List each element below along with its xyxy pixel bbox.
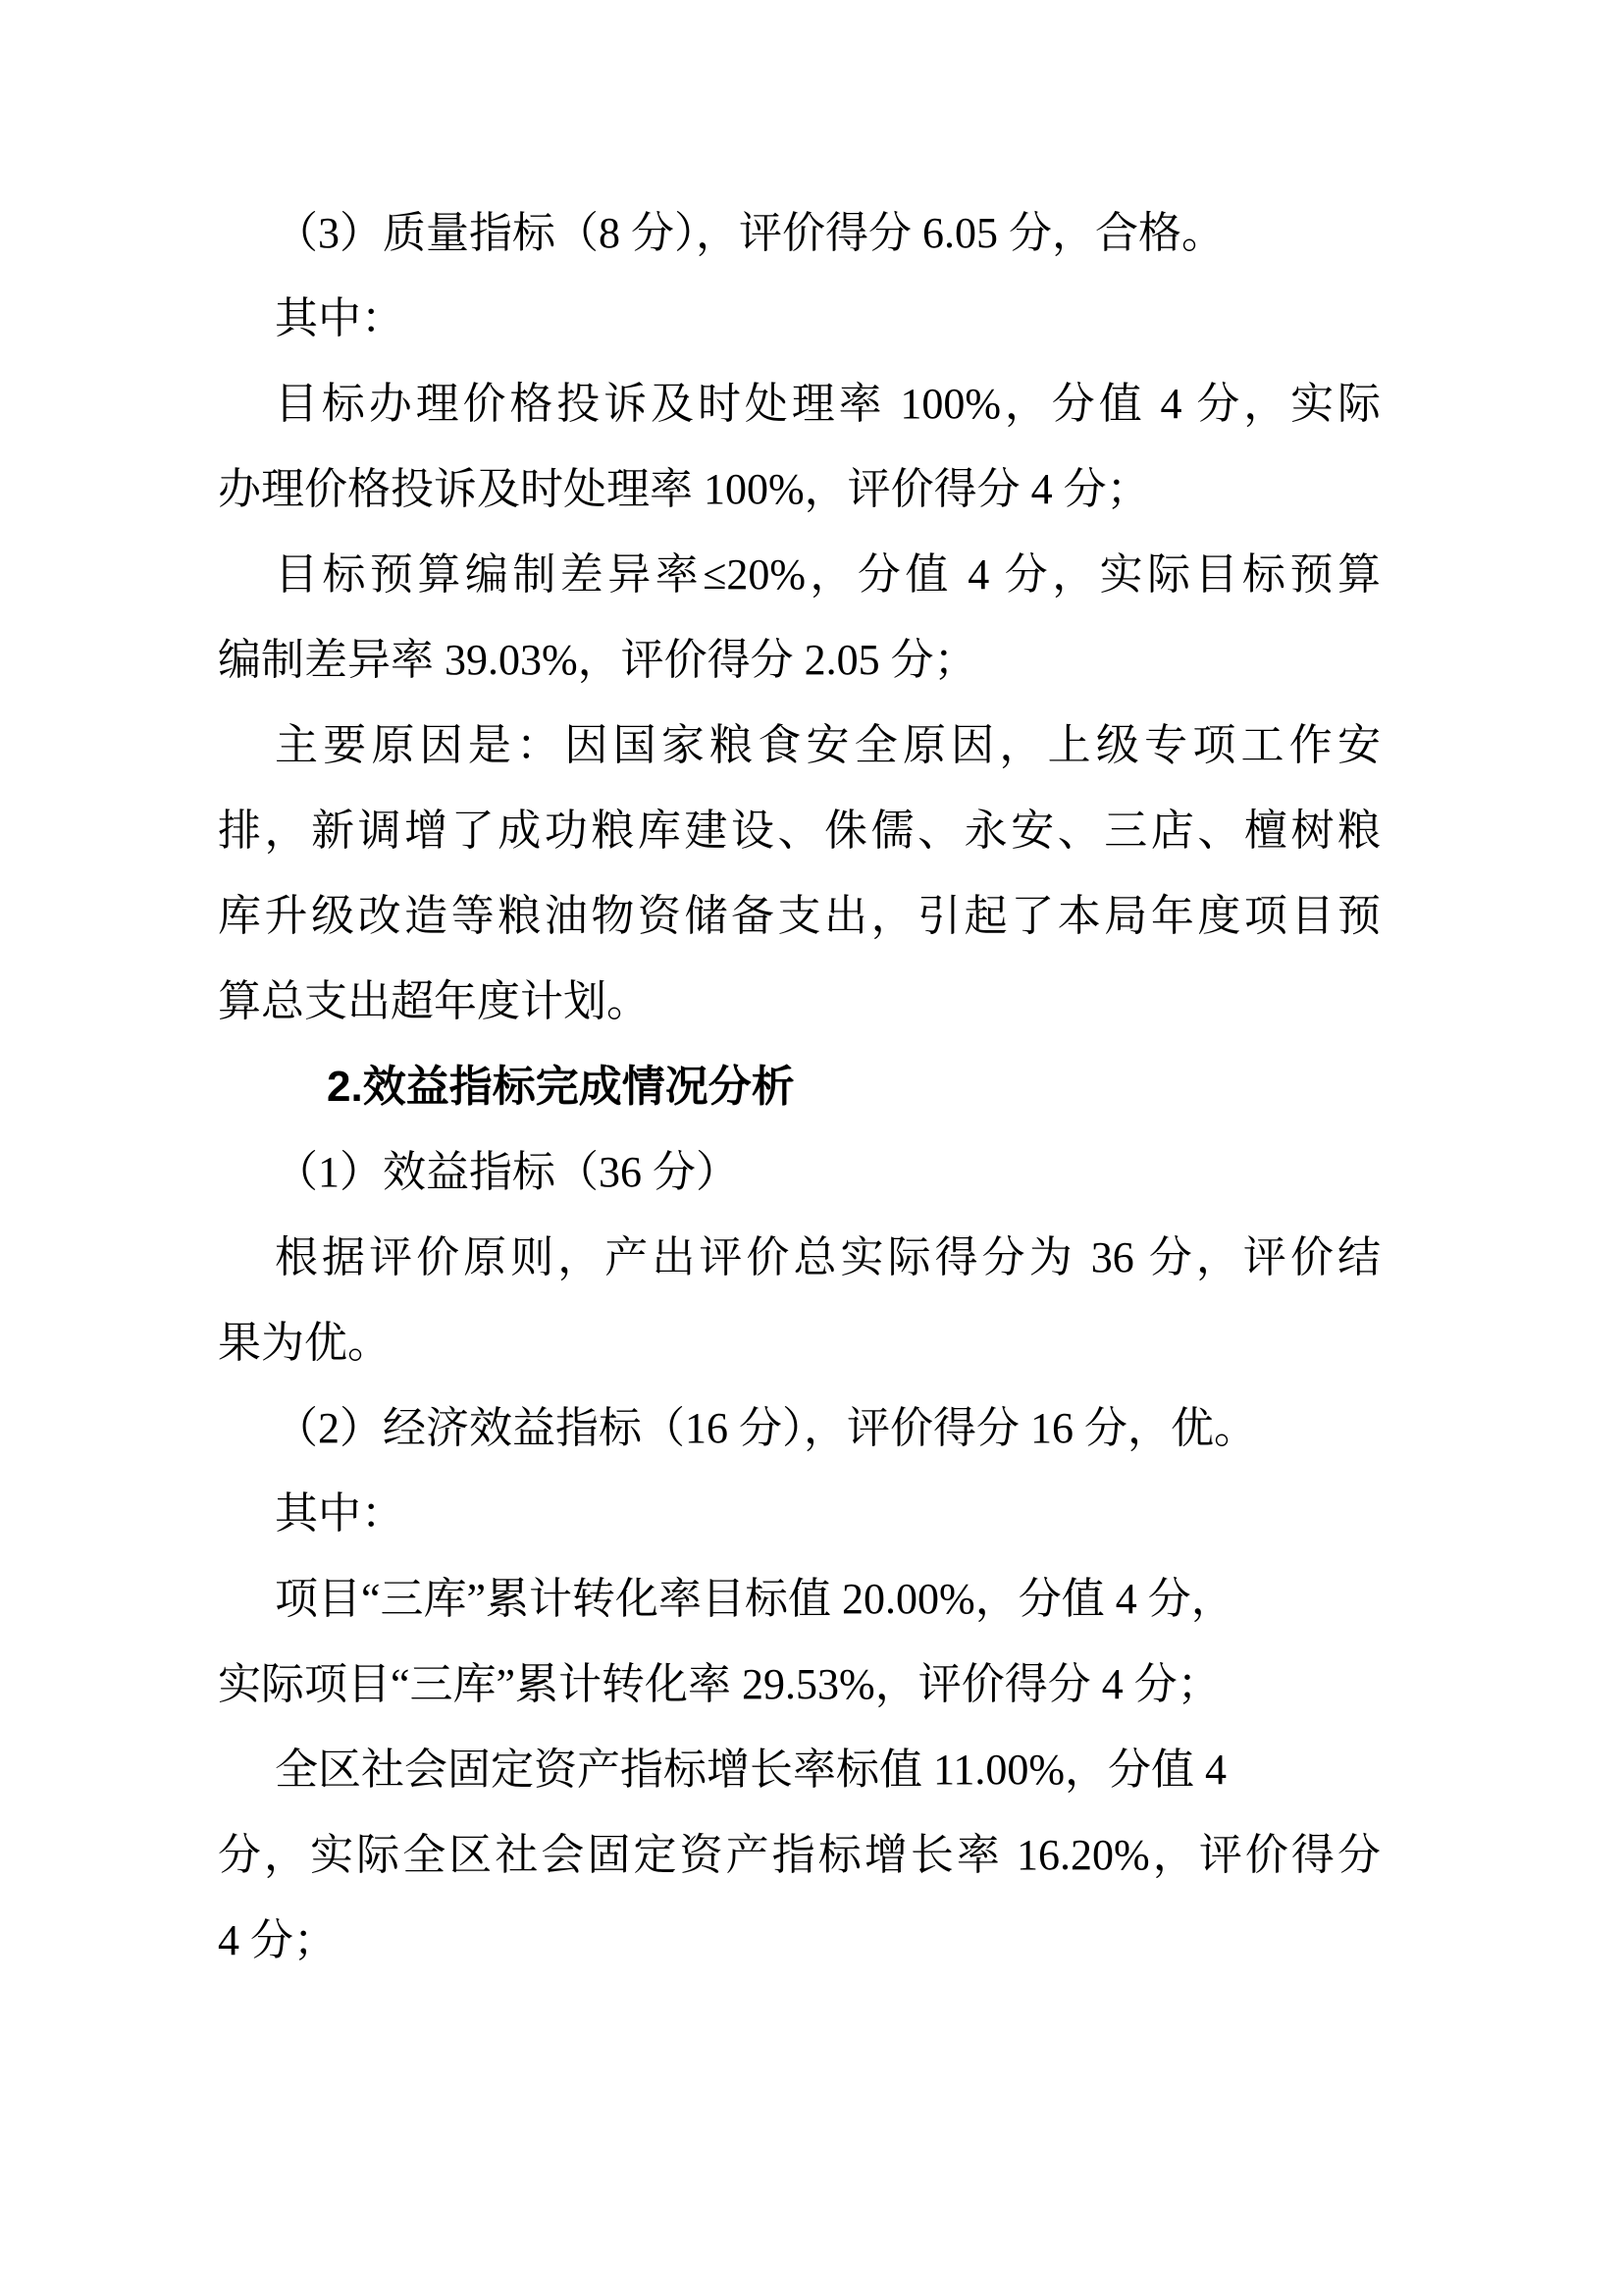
text-line: 分，实际全区社会固定资产指标增长率 16.20%，评价得分 — [218, 1812, 1381, 1898]
text-line: 库升级改造等粮油物资储备支出，引起了本局年度项目预 — [218, 873, 1381, 959]
text-line: 果为优。 — [218, 1300, 1381, 1385]
text-line: 办理价格投诉及时处理率 100%，评价得分 4 分； — [218, 446, 1381, 532]
text-line: （3）质量指标（8 分），评价得分 6.05 分，合格。 — [218, 190, 1381, 276]
text-line: 全区社会固定资产指标增长率标值 11.00%，分值 4 — [218, 1727, 1381, 1812]
text-line: 排，新调增了成功粮库建设、侏儒、永安、三店、檀树粮 — [218, 788, 1381, 873]
section-heading: 2.效益指标完成情况分析 — [218, 1044, 1381, 1129]
text-line: 实际项目“三库”累计转化率 29.53%，评价得分 4 分； — [218, 1642, 1381, 1727]
text-line: （1）效益指标（36 分） — [218, 1129, 1381, 1215]
text-line: 4 分； — [218, 1898, 1381, 1983]
text-line: 主要原因是：因国家粮食安全原因，上级专项工作安 — [218, 703, 1381, 788]
text-line: 算总支出超年度计划。 — [218, 959, 1381, 1044]
text-line: 项目“三库”累计转化率目标值 20.00%，分值 4 分， — [218, 1556, 1381, 1642]
document-content: （3）质量指标（8 分），评价得分 6.05 分，合格。其中：目标办理价格投诉及… — [218, 190, 1381, 1983]
text-line: 根据评价原则，产出评价总实际得分为 36 分，评价结 — [218, 1215, 1381, 1300]
text-line: 目标办理价格投诉及时处理率 100%，分值 4 分，实际 — [218, 361, 1381, 446]
text-line: 编制差异率 39.03%，评价得分 2.05 分； — [218, 617, 1381, 703]
text-line: 其中： — [218, 1471, 1381, 1556]
text-line: 其中： — [218, 276, 1381, 361]
document-page: （3）质量指标（8 分），评价得分 6.05 分，合格。其中：目标办理价格投诉及… — [0, 0, 1624, 2296]
text-line: 目标预算编制差异率≤20%，分值 4 分，实际目标预算 — [218, 532, 1381, 617]
text-line: （2）经济效益指标（16 分），评价得分 16 分，优。 — [218, 1385, 1381, 1471]
